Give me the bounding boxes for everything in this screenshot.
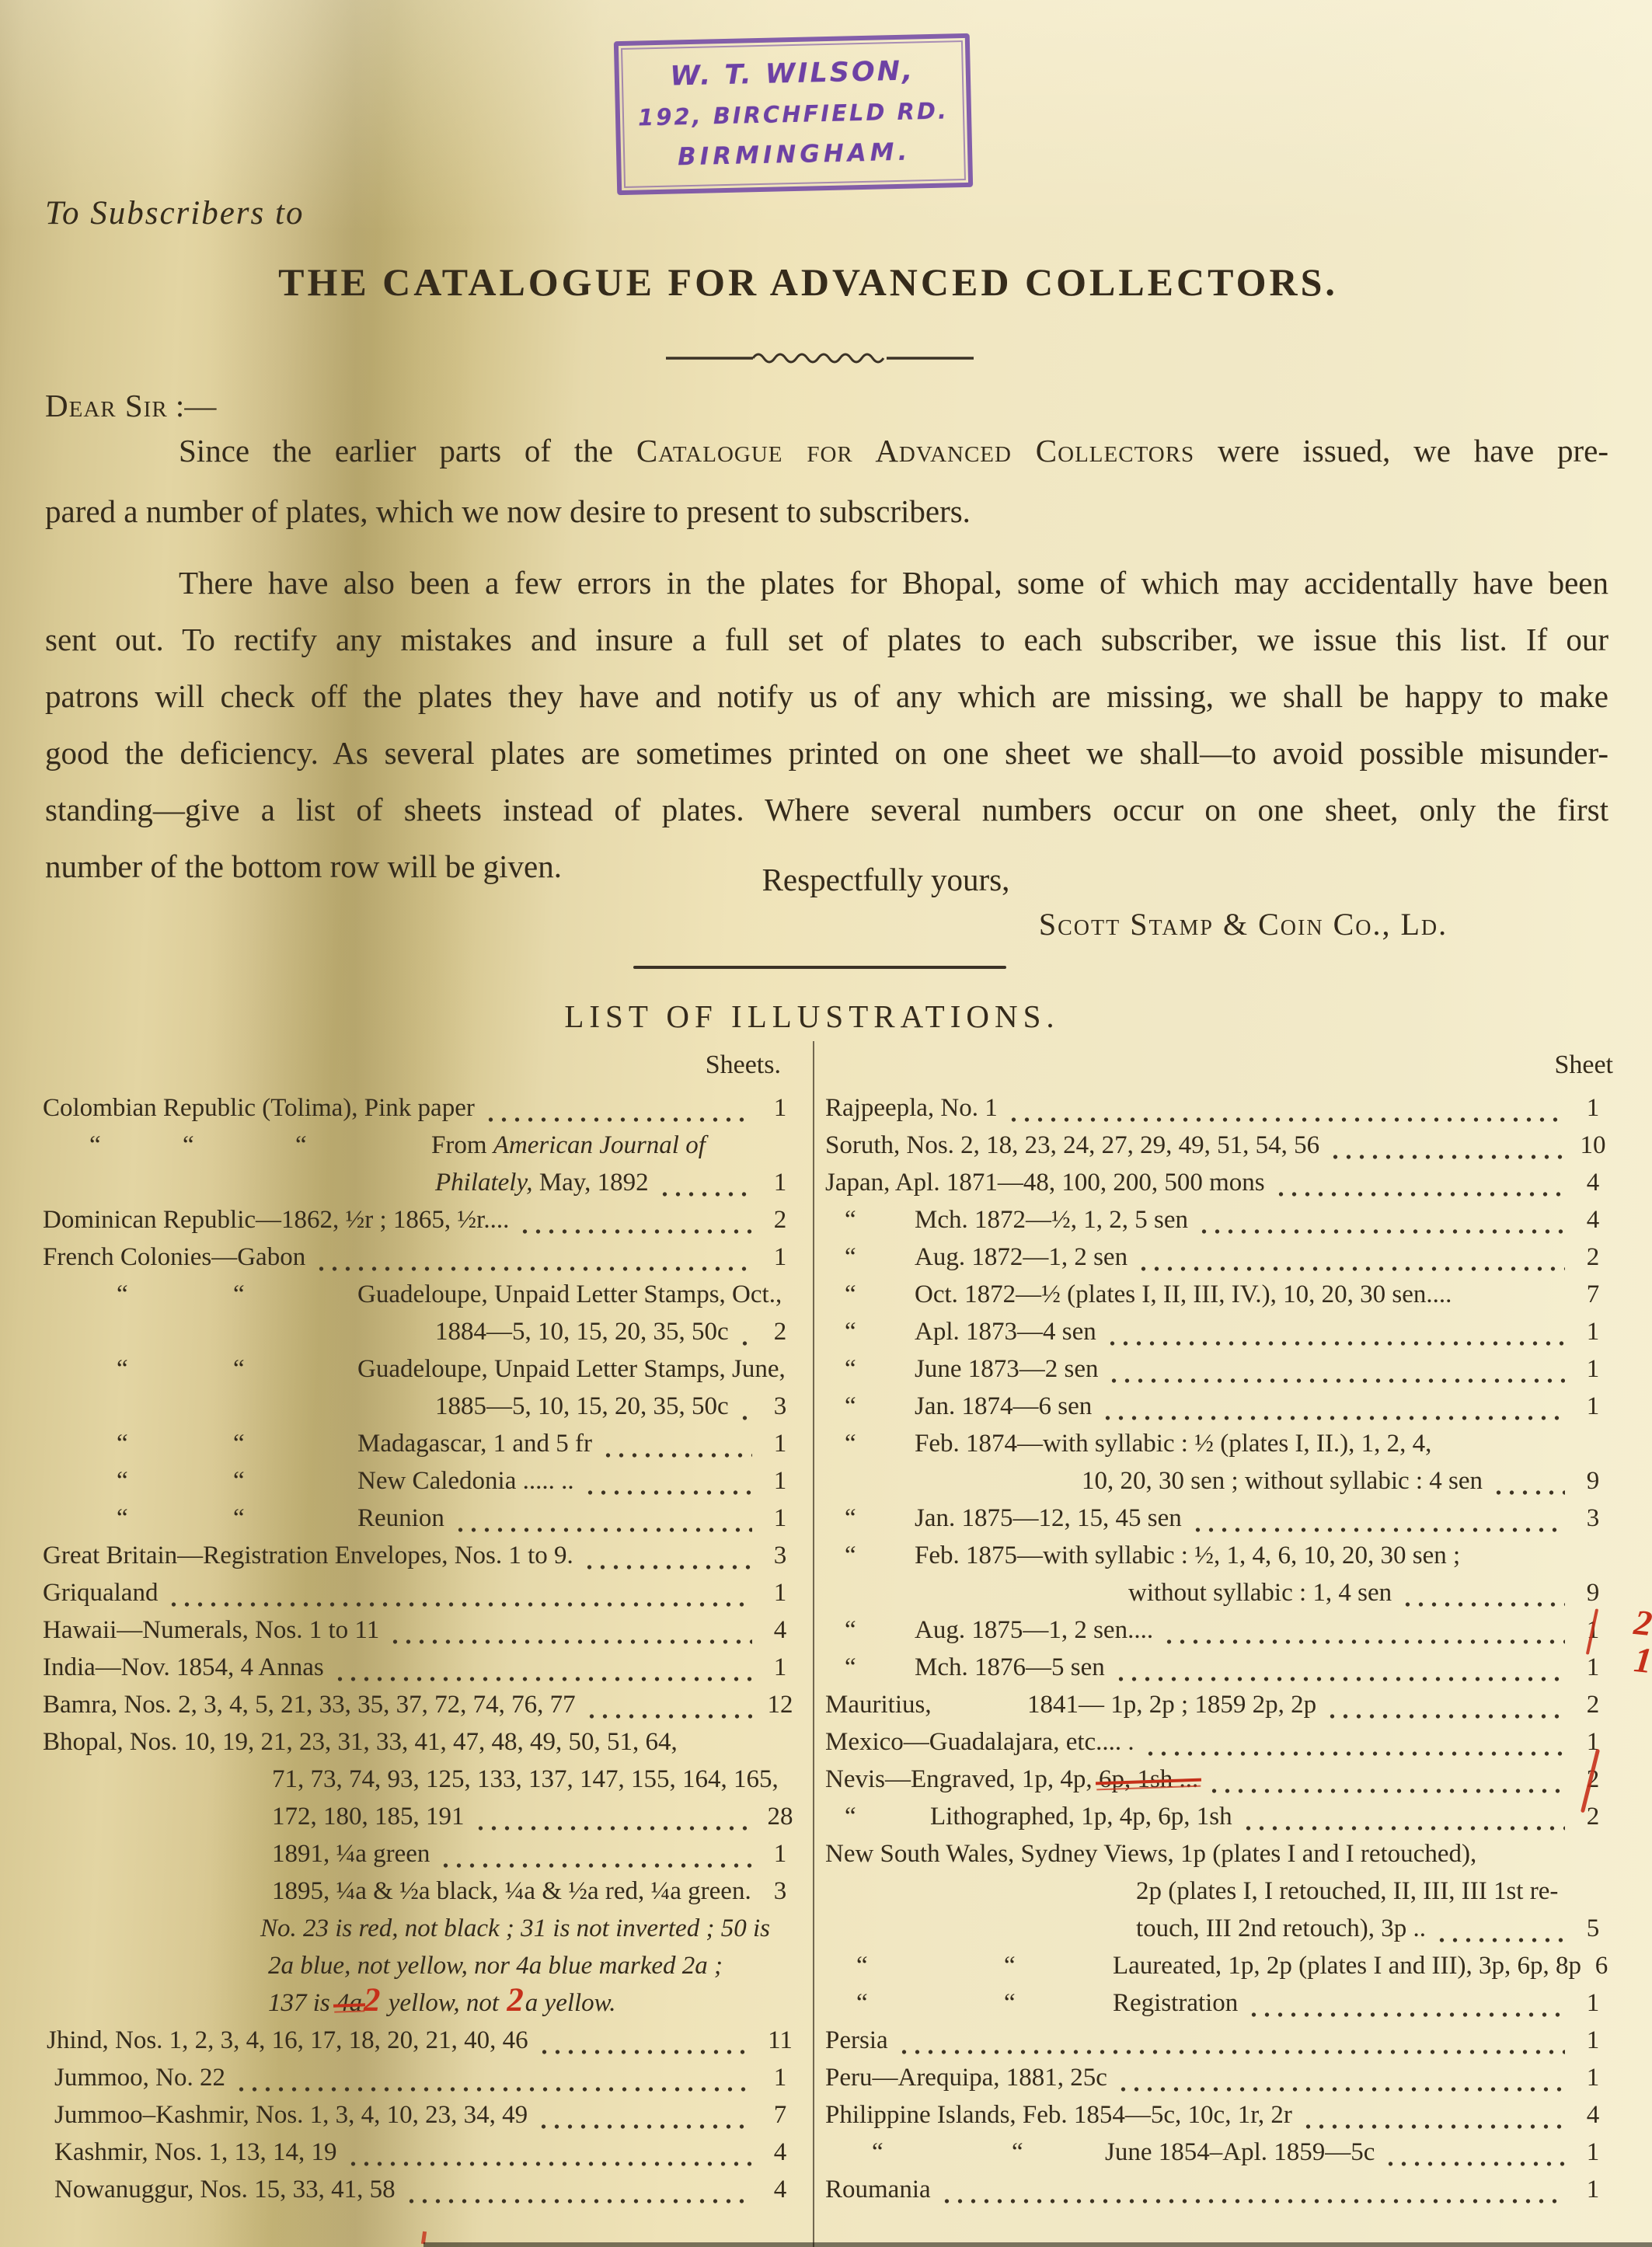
row-label: Colombian Republic (Tolima), Pink paper [43, 1094, 475, 1123]
list-left-column: Colombian Republic (Tolima), Pink paper1… [43, 1094, 800, 2213]
text-segment: number of the bottom row will be given. [45, 848, 562, 884]
text-segment: Great Britain—Registration Envelopes, No… [43, 1542, 573, 1569]
row-label: ““Guadeloupe, Unpaid Letter Stamps, June… [117, 1355, 786, 1384]
text-segment: “ [117, 1504, 233, 1533]
left-column-header: Sheets. [43, 1050, 781, 1080]
text-segment: 172, 180, 185, 191 [272, 1803, 465, 1831]
dot-leader [1384, 2159, 1565, 2169]
sheet-count: 4 [760, 2176, 800, 2204]
sheet-count: 4 [1573, 1206, 1613, 1235]
text-segment: “ [117, 1467, 233, 1496]
row-label: 1885—5, 10, 15, 20, 35, 50c [435, 1392, 729, 1421]
sheet-count: 28 [760, 1803, 800, 1831]
list-row: ““Reunion1 [117, 1504, 800, 1542]
sheet-count: 3 [1573, 1504, 1613, 1533]
text-segment: “ [856, 1989, 1004, 2018]
dot-leader [940, 2196, 1565, 2206]
row-label: “Mch. 1872—½, 1, 2, 5 sen [845, 1206, 1188, 1235]
scanned-letter-page: { "colors":{"accent_red":"#c6301a","stam… [0, 0, 1652, 2247]
list-row: New South Wales, Sydney Views, 1p (plate… [825, 1840, 1613, 1877]
row-label: “Apl. 1873—4 sen [845, 1318, 1096, 1346]
text-segment: May, 1892 [533, 1169, 649, 1197]
row-label: ““Madagascar, 1 and 5 fr [117, 1430, 592, 1458]
text-segment: Hawaii—Numerals, Nos. 1 to 11 [43, 1616, 379, 1644]
sheet-count: 7 [760, 2101, 800, 2130]
text-segment: Jummoo, No. 22 [54, 2064, 225, 2092]
text-segment: Reunion [357, 1504, 444, 1532]
dot-leader [315, 1264, 752, 1273]
sheet-count: 1 [1573, 1728, 1613, 1757]
sheet-count: 6 [1581, 1952, 1622, 1980]
text-segment: 1885—5, 10, 15, 20, 35, 50c [435, 1392, 729, 1420]
list-right-column: Rajpeepla, No. 11Soruth, Nos. 2, 18, 23,… [825, 1094, 1613, 2213]
text-segment: Guadeloupe, Unpaid Letter Stamps, Oct., [357, 1280, 782, 1308]
list-row: “Aug. 1875—1, 2 sen....12 [845, 1616, 1613, 1653]
dot-leader [1007, 1115, 1565, 1124]
row-label: touch, III 2nd retouch), 3p .. [1136, 1914, 1426, 1943]
sheet-count: 1 [1573, 1355, 1613, 1384]
row-label: Bhopal, Nos. 10, 19, 21, 23, 31, 33, 41,… [43, 1728, 678, 1757]
dot-leader [1117, 2085, 1565, 2094]
text-segment: were issued, we have pre- [1194, 433, 1608, 469]
sheet-count: 1 [760, 1169, 800, 1197]
text-segment: French Colonies—Gabon [43, 1243, 305, 1271]
text-segment: Japan, Apl. 1871—48, 100, 200, 500 mons [825, 1169, 1265, 1197]
row-label: Japan, Apl. 1871—48, 100, 200, 500 mons [825, 1169, 1265, 1197]
sheet-count: 1 [760, 1467, 800, 1496]
list-row: “Feb. 1874—with syllabic : ½ (plates I, … [845, 1430, 1613, 1467]
scan-bottom-edge [423, 2242, 1652, 2247]
text-segment: patrons will check off the plates they h… [45, 678, 1608, 714]
red-margin-note: 1 [1633, 1642, 1652, 1679]
list-row: Jhind, Nos. 1, 2, 3, 4, 16, 17, 18, 20, … [47, 2026, 800, 2064]
text-segment: “ [845, 1803, 930, 1831]
row-label: “June 1873—2 sen [845, 1355, 1098, 1384]
sheet-count: 9 [1573, 1467, 1613, 1496]
text-segment: Mch. 1872—½, 1, 2, 5 sen [915, 1206, 1188, 1234]
sheet-count: 1 [1573, 2064, 1613, 2092]
row-label: “Jan. 1874—6 sen [845, 1392, 1092, 1421]
paragraph-line: pared a number of plates, which we now d… [45, 493, 1608, 553]
text-segment: Nevis—Engraved, 1p, 4p, [825, 1765, 1099, 1793]
paragraph-line: standing—give a list of sheets instead o… [45, 791, 1608, 848]
row-label: Mexico—Guadalajara, etc.... . [825, 1728, 1134, 1757]
list-row: Nowanuggur, Nos. 15, 33, 41, 584 [54, 2176, 800, 2213]
text-segment: From [431, 1131, 493, 1159]
dot-leader [537, 2122, 752, 2131]
list-row: “Oct. 1872—½ (plates I, II, III, IV.), 1… [845, 1280, 1613, 1318]
dot-leader [1329, 1152, 1565, 1162]
text-segment: Feb. 1875—with syllabic : ½, 1, 4, 6, 10… [915, 1542, 1460, 1569]
dot-leader [601, 1451, 752, 1460]
dot-leader [1162, 1637, 1565, 1646]
text-segment: Feb. 1874—with syllabic : ½ (plates I, I… [915, 1430, 1431, 1458]
list-row: Colombian Republic (Tolima), Pink paper1 [43, 1094, 800, 1131]
list-row: Rajpeepla, No. 11 [825, 1094, 1613, 1131]
text-segment: Jan. 1874—6 sen [915, 1392, 1092, 1420]
text-segment: “ [845, 1616, 915, 1645]
list-row: 137 is 4a2 yellow, not 2a yellow. [268, 1989, 800, 2026]
sheet-count: 2 [760, 1206, 800, 1235]
dot-leader [1242, 1824, 1565, 1833]
row-label: ““Registration [856, 1989, 1238, 2018]
list-row: Bamra, Nos. 2, 3, 4, 5, 21, 33, 35, 37, … [43, 1691, 800, 1728]
text-segment: Philately, [435, 1169, 533, 1197]
sheet-count: 3 [760, 1542, 800, 1570]
text-segment: “ [845, 1355, 915, 1384]
text-segment: “ [845, 1653, 915, 1682]
list-row: 1891, ¼a green1 [272, 1840, 800, 1877]
row-label: 1891, ¼a green [272, 1840, 430, 1869]
sheet-count: 1 [760, 1094, 800, 1123]
text-segment: Peru—Arequipa, 1881, 25c [825, 2064, 1107, 2092]
row-label: 2a blue, not yellow, nor 4a blue marked … [268, 1952, 723, 1980]
list-row: 10, 20, 30 sen ; without syllabic : 4 se… [1082, 1467, 1613, 1504]
dot-leader [405, 2196, 752, 2206]
text-segment: Dominican Republic—1862, ½r ; 1865, ½r..… [43, 1206, 509, 1234]
text-segment: New South Wales, Sydney Views, 1p (plate… [825, 1840, 1476, 1868]
row-label: Peru—Arequipa, 1881, 25c [825, 2064, 1107, 2092]
sheet-count: 2 [1573, 1765, 1613, 1794]
text-segment: without syllabic : 1, 4 sen [1128, 1579, 1392, 1607]
dot-leader [1101, 1413, 1565, 1423]
text-segment: Persia [825, 2026, 888, 2054]
dot-leader [1492, 1488, 1565, 1497]
list-row: touch, III 2nd retouch), 3p ..5 [1136, 1914, 1613, 1952]
row-label: ““Guadeloupe, Unpaid Letter Stamps, Oct.… [117, 1280, 782, 1309]
text-segment: Oct. 1872—½ (plates I, II, III, IV.), 10… [915, 1280, 1452, 1308]
dot-leader [658, 1190, 752, 1199]
text-segment: Colombian Republic (Tolima), Pink paper [43, 1094, 475, 1122]
list-row: Persia1 [825, 2026, 1613, 2064]
dot-leader [1114, 1674, 1565, 1684]
text-segment: June 1854–Apl. 1859—5c [1105, 2138, 1375, 2166]
greeting: Dear Sir :— [45, 387, 216, 424]
row-label: 10, 20, 30 sen ; without syllabic : 4 se… [1082, 1467, 1483, 1496]
list-row: Philately, May, 18921 [435, 1169, 800, 1206]
text-segment: “ [856, 1952, 1004, 1980]
sheet-count: 1 [1573, 1318, 1613, 1346]
row-label: French Colonies—Gabon [43, 1243, 305, 1272]
dot-leader [439, 1861, 752, 1870]
dot-leader [484, 1115, 752, 1124]
sheet-count: 1 [760, 1504, 800, 1533]
row-label: ““Reunion [117, 1504, 444, 1533]
row-label: Philately, May, 1892 [435, 1169, 649, 1197]
row-label: 1895, ¼a & ½a black, ¼a & ½a red, ¼a gre… [272, 1877, 751, 1906]
dot-leader [1144, 1749, 1565, 1758]
list-row: 1885—5, 10, 15, 20, 35, 50c3 [435, 1392, 800, 1430]
text-segment: “ [845, 1206, 915, 1235]
paragraph-2: There have also been a few errors in the… [45, 564, 1608, 904]
text-segment: standing—give a list of sheets instead o… [45, 792, 1608, 827]
red-annotation: 2 [364, 1982, 380, 2019]
sheet-count: 9 [1573, 1579, 1613, 1608]
text-segment: There have also been a few errors in the… [179, 565, 1608, 601]
list-row: Mauritius,1841— 1p, 2p ; 1859 2p, 2p2 [825, 1691, 1613, 1728]
text-segment: “ [845, 1280, 915, 1309]
text-segment: Aug. 1872—1, 2 sen [915, 1243, 1127, 1271]
row-label: New South Wales, Sydney Views, 1p (plate… [825, 1840, 1476, 1869]
row-label: ““New Caledonia ..... .. [117, 1467, 574, 1496]
list-row: “June 1873—2 sen1 [845, 1355, 1613, 1392]
dot-leader [333, 1674, 752, 1684]
paragraph-1: Since the earlier parts of the Catalogue… [45, 432, 1608, 553]
row-label: Hawaii—Numerals, Nos. 1 to 11 [43, 1616, 379, 1645]
dot-leader [1137, 1264, 1565, 1273]
row-label: Jummoo–Kashmir, Nos. 1, 3, 4, 10, 23, 34… [54, 2101, 528, 2130]
list-row: “Feb. 1875—with syllabic : ½, 1, 4, 6, 1… [845, 1542, 1613, 1579]
row-label: “Aug. 1872—1, 2 sen [845, 1243, 1127, 1272]
text-segment: Bhopal, Nos. 10, 19, 21, 23, 31, 33, 41,… [43, 1728, 678, 1756]
dot-leader [1197, 1227, 1565, 1236]
text-segment: “ [845, 1542, 915, 1570]
text-segment: Bamra, Nos. 2, 3, 4, 5, 21, 33, 35, 37, … [43, 1691, 576, 1719]
stamp-name: W. T. WILSON, [670, 51, 915, 96]
row-label: “Lithographed, 1p, 4p, 6p, 1sh [845, 1803, 1232, 1831]
row-label: “Mch. 1876—5 sen [845, 1653, 1105, 1682]
text-segment: American Journal of [493, 1131, 706, 1159]
row-label: 2p (plates I, I retouched, II, III, III … [1136, 1877, 1558, 1906]
text-segment: Roumania [825, 2176, 931, 2203]
text-segment: “ [845, 1430, 915, 1458]
text-segment: Soruth, Nos. 2, 18, 23, 24, 27, 29, 49, … [825, 1131, 1319, 1159]
sheet-count: 11 [760, 2026, 800, 2055]
sheet-count: 1 [1573, 1616, 1613, 1645]
text-segment: 71, 73, 74, 93, 125, 133, 137, 147, 155,… [272, 1765, 779, 1793]
text-segment: pared a number of plates, which we now d… [45, 493, 971, 529]
text-segment: Laureated, 1p, 2p (plates I and III), 3p… [1113, 1952, 1581, 1980]
right-column-header: Sheet [1438, 1050, 1613, 1080]
sheet-count: 1 [760, 1579, 800, 1608]
text-segment: “ [89, 1131, 183, 1160]
list-row: 2a blue, not yellow, nor 4a blue marked … [268, 1952, 800, 1989]
stamp-address: 192, BIRCHFIELD RD. [638, 90, 950, 138]
list-row: Mexico—Guadalajara, etc.... .1 [825, 1728, 1613, 1765]
text-segment: good the deficiency. As several plates a… [45, 735, 1608, 771]
dot-leader [1435, 1935, 1565, 1945]
list-row: No. 23 is red, not black ; 31 is not inv… [260, 1914, 800, 1952]
list-row: Philippine Islands, Feb. 1854—5c, 10c, 1… [825, 2101, 1613, 2138]
row-label: Persia [825, 2026, 888, 2055]
dot-leader [1326, 1712, 1565, 1721]
list-row: 2p (plates I, I retouched, II, III, III … [1136, 1877, 1613, 1914]
text-segment: “ [1004, 1989, 1113, 2018]
row-label: Griqualand [43, 1579, 158, 1608]
list-row: ““New Caledonia ..... ..1 [117, 1467, 800, 1504]
row-label: 1884—5, 10, 15, 20, 35, 50c [435, 1318, 729, 1346]
text-segment: “ [872, 2138, 1012, 2167]
text-segment: Jan. 1875—12, 15, 45 sen [915, 1504, 1182, 1532]
paragraph-line: Since the earlier parts of the Catalogue… [45, 432, 1608, 493]
row-label: Mauritius,1841— 1p, 2p ; 1859 2p, 2p [825, 1691, 1316, 1719]
dot-leader [454, 1525, 752, 1535]
list-row: ““Guadeloupe, Unpaid Letter Stamps, June… [117, 1355, 800, 1392]
text-segment: Kashmir, Nos. 1, 13, 14, 19 [54, 2138, 337, 2166]
text-segment: No. 23 is red, not black ; 31 is not inv… [260, 1914, 770, 1942]
red-struck-text: 6p, 1sh ... [1099, 1765, 1198, 1793]
sheet-count: 1 [760, 1243, 800, 1272]
row-label: “Oct. 1872—½ (plates I, II, III, IV.), 1… [845, 1280, 1452, 1309]
list-row: 172, 180, 185, 19128 [272, 1803, 800, 1840]
sheet-count: 1 [760, 2064, 800, 2092]
list-row: ““June 1854–Apl. 1859—5c1 [872, 2138, 1613, 2176]
text-segment: 2a blue, not yellow, nor 4a blue marked … [268, 1952, 723, 1980]
red-margin-note: 2 [1633, 1604, 1652, 1642]
list-row: Peru—Arequipa, 1881, 25c1 [825, 2064, 1613, 2101]
list-row: Jummoo, No. 221 [54, 2064, 800, 2101]
row-label: Jummoo, No. 22 [54, 2064, 225, 2092]
greeting-dear-sir: Dear Sir [45, 388, 168, 423]
list-row: India—Nov. 1854, 4 Annas1 [43, 1653, 800, 1691]
sheet-count: 1 [1573, 1653, 1613, 1682]
sheet-count: 1 [760, 1653, 800, 1682]
sheet-count: 1 [1573, 2026, 1613, 2055]
dot-leader [585, 1712, 752, 1721]
row-label: without syllabic : 1, 4 sen [1128, 1579, 1392, 1608]
salutation: To Subscribers to [45, 194, 304, 232]
text-segment: “ [295, 1131, 431, 1160]
owner-stamp-border: W. T. WILSON, 192, BIRCHFIELD RD. BIRMIN… [621, 40, 966, 188]
dot-leader [235, 2085, 752, 2094]
sheet-count: 2 [1573, 1243, 1613, 1272]
red-annotation: 2 [507, 1982, 523, 2019]
dot-leader [1106, 1339, 1565, 1348]
row-label: No. 23 is red, not black ; 31 is not inv… [260, 1914, 770, 1943]
dot-leader [738, 1413, 752, 1423]
row-label: Jhind, Nos. 1, 2, 3, 4, 16, 17, 18, 20, … [47, 2026, 528, 2055]
text-segment: Registration [1113, 1989, 1238, 2017]
row-label: Rajpeepla, No. 1 [825, 1094, 998, 1123]
dot-leader [897, 2047, 1565, 2057]
text-segment: “ [1004, 1952, 1113, 1980]
paragraph-line: There have also been a few errors in the… [45, 564, 1608, 621]
text-segment: Mauritius, [825, 1691, 1027, 1719]
text-segment: “ [233, 1355, 357, 1384]
sheet-count: 10 [1573, 1131, 1613, 1160]
list-row: “Mch. 1872—½, 1, 2, 5 sen4 [845, 1206, 1613, 1243]
text-segment: Jummoo–Kashmir, Nos. 1, 3, 4, 10, 23, 34… [54, 2101, 528, 2129]
text-segment: “ [117, 1430, 233, 1458]
list-row: Kashmir, Nos. 1, 13, 14, 194 [54, 2138, 800, 2176]
dot-leader [518, 1227, 752, 1236]
dot-leader [1302, 2122, 1565, 2131]
text-segment: “ [1012, 2138, 1105, 2167]
row-label: Bamra, Nos. 2, 3, 4, 5, 21, 33, 35, 37, … [43, 1691, 576, 1719]
text-segment: 2p (plates I, I retouched, II, III, III … [1136, 1877, 1558, 1905]
row-label: “Jan. 1875—12, 15, 45 sen [845, 1504, 1182, 1533]
row-label: ““Laureated, 1p, 2p (plates I and III), … [856, 1952, 1581, 1980]
paragraph-line: good the deficiency. As several plates a… [45, 734, 1608, 791]
text-segment: 10, 20, 30 sen ; without syllabic : 4 se… [1082, 1467, 1483, 1495]
sheet-count: 4 [760, 1616, 800, 1645]
sheet-count: 3 [760, 1877, 800, 1906]
list-row: Jummoo–Kashmir, Nos. 1, 3, 4, 10, 23, 34… [54, 2101, 800, 2138]
dot-leader [584, 1488, 752, 1497]
text-segment: “ [233, 1504, 357, 1533]
row-label: Dominican Republic—1862, ½r ; 1865, ½r..… [43, 1206, 509, 1235]
row-label: ““June 1854–Apl. 1859—5c [872, 2138, 1375, 2167]
list-row: Dominican Republic—1862, ½r ; 1865, ½r..… [43, 1206, 800, 1243]
text-segment: “ [845, 1504, 915, 1533]
sheet-count: 1 [1573, 1989, 1613, 2018]
row-label: “Feb. 1875—with syllabic : ½, 1, 4, 6, 1… [845, 1542, 1460, 1570]
sheet-count: 1 [1573, 1094, 1613, 1123]
text-segment: Guadeloupe, Unpaid Letter Stamps, June, [357, 1355, 786, 1383]
row-label: 71, 73, 74, 93, 125, 133, 137, 147, 155,… [272, 1765, 779, 1794]
text-segment: Griqualand [43, 1579, 158, 1607]
text-segment: yellow, not [382, 1989, 505, 2017]
dot-leader [1107, 1376, 1565, 1385]
list-row: Great Britain—Registration Envelopes, No… [43, 1542, 800, 1579]
text-segment: sent out. To rectify any mistakes and in… [45, 622, 1608, 657]
sheet-count: 1 [760, 1840, 800, 1869]
text-segment: Jhind, Nos. 1, 2, 3, 4, 16, 17, 18, 20, … [47, 2026, 528, 2054]
text-segment: “ [233, 1280, 357, 1309]
list-row: ““Guadeloupe, Unpaid Letter Stamps, Oct.… [117, 1280, 800, 1318]
text-segment: 1891, ¼a green [272, 1840, 430, 1868]
sheet-count: 3 [760, 1392, 800, 1421]
row-label: Philippine Islands, Feb. 1854—5c, 10c, 1… [825, 2101, 1292, 2130]
text-segment: New Caledonia ..... .. [357, 1467, 574, 1495]
text-segment: “ [183, 1131, 295, 1160]
red-struck-text: 4a [336, 1989, 362, 2017]
sheet-count: 4 [1573, 2101, 1613, 2130]
stamp-city: BIRMINGHAM. [677, 132, 911, 178]
dot-leader [583, 1562, 752, 1572]
page-title: THE CATALOGUE FOR ADVANCED COLLECTORS. [16, 260, 1601, 305]
text-segment: “ [233, 1430, 357, 1458]
list-row: ““Madagascar, 1 and 5 fr1 [117, 1430, 800, 1467]
text-segment: “ [845, 1392, 915, 1421]
row-label: Nevis—Engraved, 1p, 4p, 6p, 1sh ... [825, 1765, 1198, 1794]
greeting-dash: :— [168, 388, 217, 423]
text-segment: Catalogue for Advanced Collectors [636, 433, 1194, 469]
text-segment: “ [845, 1243, 915, 1272]
row-label: “Feb. 1874—with syllabic : ½ (plates I, … [845, 1430, 1431, 1458]
row-label: Roumania [825, 2176, 931, 2204]
text-segment: “ [117, 1355, 233, 1384]
text-segment: Madagascar, 1 and 5 fr [357, 1430, 592, 1458]
text-segment: 1884—5, 10, 15, 20, 35, 50c [435, 1318, 729, 1346]
text-segment: June 1873—2 sen [915, 1355, 1098, 1383]
dot-leader [389, 1637, 752, 1646]
sheet-count: 12 [760, 1691, 800, 1719]
dot-leader [347, 2159, 753, 2169]
dot-leader [738, 1339, 752, 1348]
sheet-count: 1 [1573, 2176, 1613, 2204]
list-row: Griqualand1 [43, 1579, 800, 1616]
row-label: Soruth, Nos. 2, 18, 23, 24, 27, 29, 49, … [825, 1131, 1319, 1160]
text-segment: Aug. 1875—1, 2 sen.... [915, 1616, 1153, 1644]
text-segment: a yellow. [525, 1989, 616, 2017]
text-segment: Philippine Islands, Feb. 1854—5c, 10c, 1… [825, 2101, 1292, 2129]
column-divider [813, 1041, 814, 2247]
list-row: “Lithographed, 1p, 4p, 6p, 1sh2 [845, 1803, 1613, 1840]
closing-line: Respectfully yours, [668, 861, 1103, 898]
list-row: Soruth, Nos. 2, 18, 23, 24, 27, 29, 49, … [825, 1131, 1613, 1169]
list-row: “““From American Journal of [89, 1131, 800, 1169]
sheet-count: 7 [1573, 1280, 1613, 1309]
list-row: French Colonies—Gabon1 [43, 1243, 800, 1280]
text-segment: Since the earlier parts of the [179, 433, 636, 469]
sheet-count: 2 [1573, 1803, 1613, 1831]
dot-leader [1208, 1786, 1565, 1796]
dot-leader [1274, 1190, 1565, 1199]
sheet-count: 1 [760, 1430, 800, 1458]
row-label: 172, 180, 185, 191 [272, 1803, 465, 1831]
text-segment: Nowanuggur, Nos. 15, 33, 41, 58 [54, 2176, 396, 2203]
